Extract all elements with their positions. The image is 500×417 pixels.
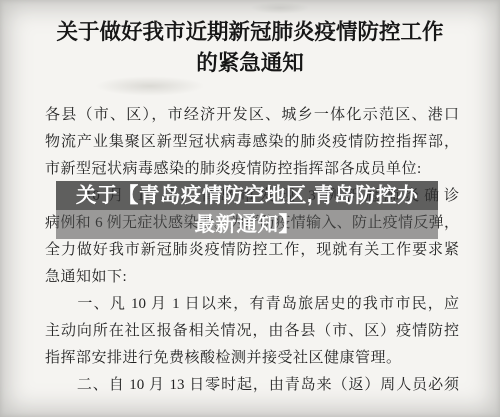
document-photo: 关于做好我市近期新冠肺炎疫情防控工作 的紧急通知 各县（市、区），市经济开发区、… xyxy=(0,0,500,417)
document-title-line: 的紧急通知 xyxy=(0,48,500,79)
scan-smudge xyxy=(250,2,310,14)
document-title-line: 关于做好我市近期新冠肺炎疫情防控工作 xyxy=(0,17,500,48)
document-line: 急通知如下: xyxy=(45,264,459,291)
caption-overlay-banner: 关于【青岛疫情防空地区,青岛防控办 最新通知】 xyxy=(56,181,438,239)
caption-overlay-text: 关于【青岛疫情防空地区,青岛防控办 xyxy=(76,181,418,210)
scan-smudge xyxy=(95,76,205,96)
document-line: 二、自 10 月 13 日零时起，由青岛来（返）周人员必须 xyxy=(45,372,459,399)
document-line: 主动向所在社区报备相关情况，由各县（市、区）疫情防控 xyxy=(45,318,459,345)
document-body: 各县（市、区），市经济开发区、城乡一体化示范区、港口 物流产业集聚区新型冠状病毒… xyxy=(45,102,459,399)
document-line: 全力做好我市新冠肺炎疫情防控工作，现就有关工作要求紧 xyxy=(45,237,459,264)
document-title: 关于做好我市近期新冠肺炎疫情防控工作 的紧急通知 xyxy=(0,17,500,79)
document-line: 市新型冠状病毒感染的肺炎疫情防控指挥部各成员单位: xyxy=(45,156,459,183)
document-line: 指挥部安排进行免费核酸检测并接受社区健康管理。 xyxy=(45,345,459,372)
document-line: 一、凡 10 月 1 日以来，有青岛旅居史的我市市民，应 xyxy=(45,291,459,318)
caption-overlay-text: 最新通知】 xyxy=(195,210,300,239)
document-line: 各县（市、区），市经济开发区、城乡一体化示范区、港口 xyxy=(45,102,459,129)
document-line: 物流产业集聚区新型冠状病毒感染的肺炎疫情防控指挥部， xyxy=(45,129,459,156)
